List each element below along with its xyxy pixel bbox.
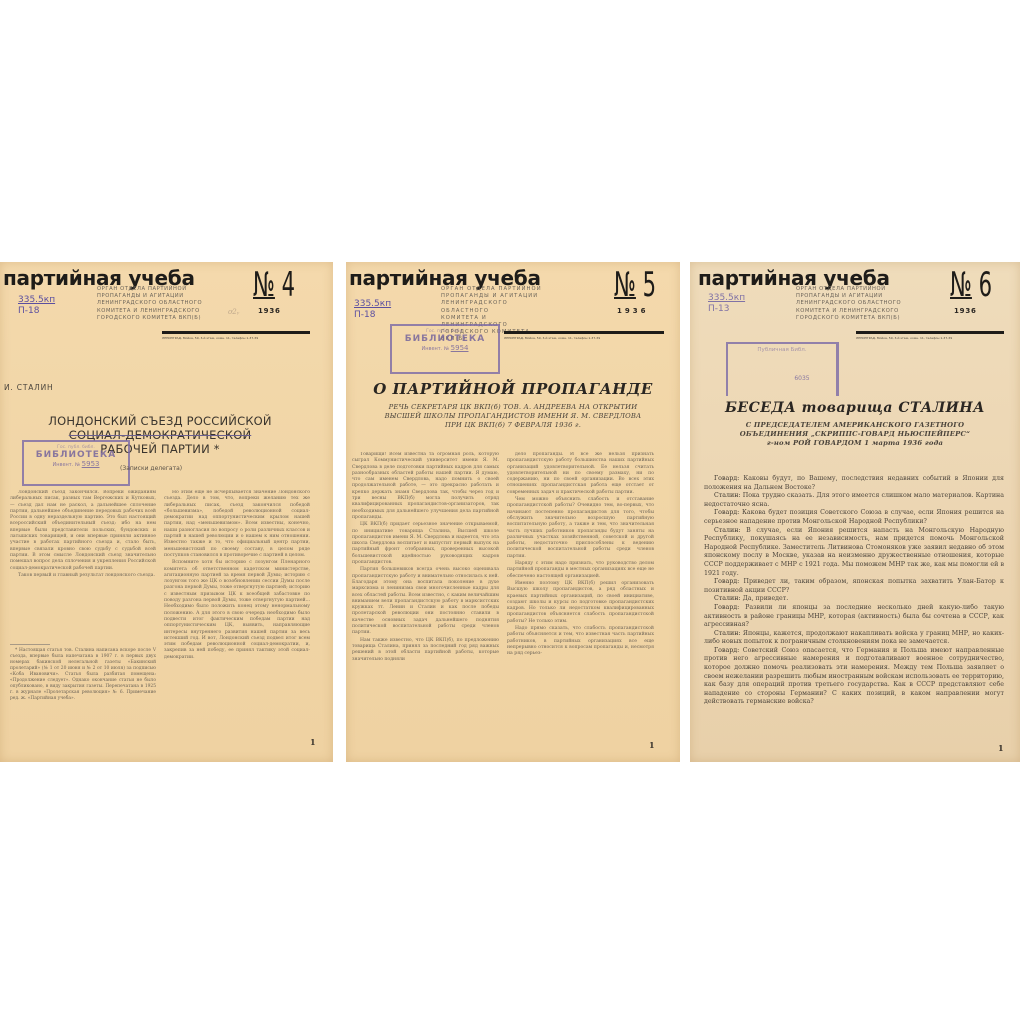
issue-number: № 4 <box>253 268 295 302</box>
body-column-right: дело пропаганды. И все же нельзя признат… <box>507 452 654 742</box>
speaker-text: Приведет ли, таким образом, японская поп… <box>704 578 1004 594</box>
publisher-organ-text: ОРГАН ОТДЕЛА ПАРТИЙНОЙ ПРОПАГАНДЫ И АГИТ… <box>97 286 207 322</box>
footnote-rule <box>10 644 50 645</box>
speaker-text: Советский Союз опасается, что Германия и… <box>704 647 1004 706</box>
speaker-label: Сталин: <box>714 595 741 602</box>
body-column-left: Товарищи! Всем известна та огромная роль… <box>352 452 499 742</box>
speaker-text: Каковы будут, по Вашему, последствия нед… <box>704 475 1004 491</box>
dialogue-paragraph: Говард: Развили ли японцы за последние н… <box>704 604 1004 630</box>
masthead-rule <box>504 331 664 334</box>
speaker-text: В случае, если Япония решится напасть на… <box>704 527 1004 577</box>
dialogue-paragraph: Сталин: Пока трудно сказать. Для этого и… <box>704 492 1004 509</box>
library-stamp: Гос. публ. библ. БИБЛИОТЕКА Инвент. № 59… <box>22 440 130 486</box>
article-body-continued <box>164 490 310 725</box>
magazine-page-issue-4: партийная учеба ОРГАН ОТДЕЛА ПАРТИЙНОЙ П… <box>0 262 333 762</box>
article-title: О ПАРТИЙНОЙ ПРОПАГАНДЕ <box>346 380 680 398</box>
speaker-label: Говард: <box>714 604 739 611</box>
editorial-address: ЛЕНИНГРАД, Мойка, 59, 3-й этаж, комн. 11… <box>162 336 258 340</box>
library-stamp: Публичная Библ. 6035 <box>726 342 839 396</box>
dialogue-paragraph: Говард: Каковы будут, по Вашему, последс… <box>704 475 1004 492</box>
library-shelf-mark: 335.5кп П-18 <box>354 299 391 321</box>
dialogue-paragraph: Говард: Какова будет позиция Советского … <box>704 509 1004 526</box>
page-number: 1 <box>310 737 316 747</box>
speaker-label: Говард: <box>714 475 739 482</box>
speaker-label: Говард: <box>714 509 739 516</box>
speaker-label: Говард: <box>714 647 739 654</box>
article-subtitle: РЕЧЬ СЕКРЕТАРЯ ЦК ВКП(б) ТОВ. А. АНДРЕЕВ… <box>356 403 670 430</box>
speaker-text: Да, приведет. <box>743 595 789 602</box>
issue-number: № 6 <box>950 268 992 302</box>
magazine-page-issue-5: партийная учеба ОРГАН ОТДЕЛА ПАРТИЙНОЙ П… <box>346 262 680 762</box>
library-stamp: Гос. публ. библ. БИБЛИОТЕКА Инвент. № 59… <box>390 324 500 374</box>
editorial-address: ЛЕНИНГРАД, Мойка, 59, 3-й этаж, комн. 11… <box>856 336 952 340</box>
masthead-rule <box>162 331 310 334</box>
article-title: БЕСЕДА товарища СТАЛИНА <box>690 400 1020 416</box>
dialogue-paragraph: Говард: Приведет ли, таким образом, япон… <box>704 578 1004 595</box>
magazine-page-issue-6: партийная учеба ОРГАН ОТДЕЛА ПАРТИЙНОЙ П… <box>690 262 1020 762</box>
dialogue-paragraph: Сталин: Да, приведет. <box>704 595 1004 604</box>
interview-dialogue: Говард: Каковы будут, по Вашему, последс… <box>704 475 1004 707</box>
speaker-text: Пока трудно сказать. Для этого имеется с… <box>704 492 1004 508</box>
page-number: 1 <box>649 740 655 750</box>
body-column-left: Лондонский съезд закончился. Вопреки ожи… <box>10 490 156 638</box>
article-subtitle: (Записки делегата) <box>120 465 182 472</box>
speaker-label: Говард: <box>714 578 739 585</box>
library-shelf-mark: 335.5кп П-18 <box>18 295 55 317</box>
article-author: И. СТАЛИН <box>4 383 53 392</box>
issue-number: № 5 <box>614 268 656 302</box>
page-number: 1 <box>998 743 1004 753</box>
article-subtitle: С ПРЕДСЕДАТЕЛЕМ АМЕРИКАНСКОГО ГАЗЕТНОГО … <box>700 421 1010 448</box>
speaker-text: Японцы, кажется, продолжают накапливать … <box>704 630 1004 646</box>
issue-year: 1936 <box>617 307 648 315</box>
dialogue-paragraph: Сталин: В случае, если Япония решится на… <box>704 527 1004 579</box>
speaker-text: Какова будет позиция Советского Союза в … <box>704 509 1004 525</box>
dialogue-paragraph: Сталин: Японцы, кажется, продолжают нака… <box>704 630 1004 647</box>
library-shelf-mark: 335.5кп П-13 <box>708 293 745 315</box>
dialogue-paragraph: Говард: Советский Союз опасается, что Ге… <box>704 647 1004 707</box>
issue-year: 1936 <box>258 307 281 315</box>
speaker-label: Сталин: <box>714 630 741 637</box>
speaker-label: Сталин: <box>714 527 741 534</box>
speaker-text: Развили ли японцы за последние несколько… <box>704 604 1004 628</box>
editorial-address: ЛЕНИНГРАД, Мойка, 59, 3-й этаж, комн. 11… <box>504 336 600 340</box>
speaker-label: Сталин: <box>714 492 741 499</box>
article-body: Товарищи! Всем известна та огромная роль… <box>352 452 654 742</box>
issue-year: 1936 <box>954 307 977 315</box>
pencil-mark: ơ2ᵧ <box>228 308 239 316</box>
masthead-rule <box>856 331 1004 334</box>
footnote: * Настоящая статья тов. Сталина написана… <box>10 648 156 702</box>
publisher-organ-text: ОРГАН ОТДЕЛА ПАРТИЙНОЙ ПРОПАГАНДЫ И АГИТ… <box>796 286 906 322</box>
